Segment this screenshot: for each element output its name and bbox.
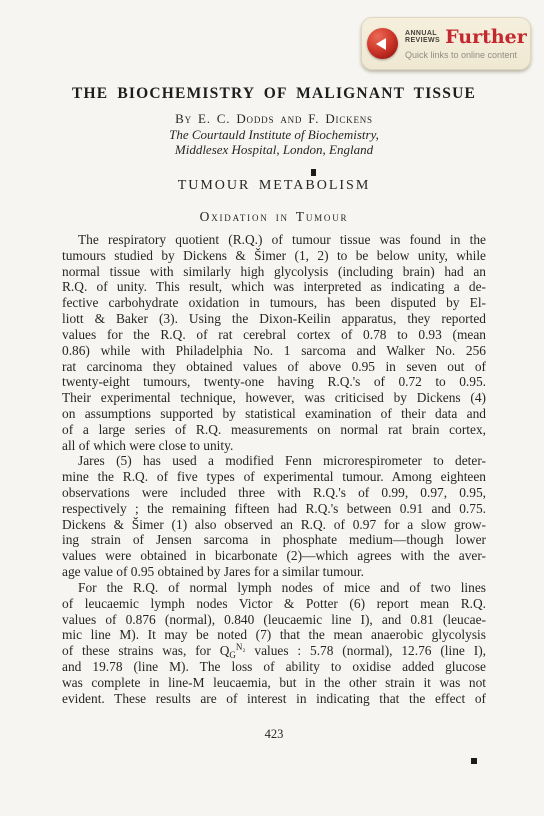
text-line: tumours studied by Dickens & Šimer (1, 2… [62, 248, 486, 264]
text-line: values were obtained in bicarbonate (2)—… [62, 548, 486, 564]
further-label: Further [445, 28, 527, 47]
text-line: respectively ; the remaining fifteen had… [62, 501, 486, 517]
text-line: twenty-eight tumours, twenty-one having … [62, 374, 486, 390]
page-number: 423 [62, 727, 486, 742]
text-line: 0.86) while with Philadelphia No. 1 sarc… [62, 343, 486, 359]
affiliation-line-2: Middlesex Hospital, London, England [62, 142, 486, 158]
annual-reviews-line2: REVIEWS [405, 37, 440, 45]
annual-reviews-line1: ANNUAL [405, 30, 440, 38]
text-line: liott & Baker (3). Using the Dixon-Keili… [62, 311, 486, 327]
text-line: of leucaemic lymph nodes Victor & Potter… [62, 596, 486, 612]
article-body: The respiratory quotient (R.Q.) of tumou… [62, 232, 486, 706]
text-line: mine the R.Q. of five types of experimen… [62, 469, 486, 485]
text-line: R.Q. of unity. This result, which was in… [62, 279, 486, 295]
ornament-square-top [311, 169, 316, 176]
badge-text-block: ANNUAL REVIEWS Further Quick links to on… [405, 28, 527, 60]
text-line: fective carbohydrate oxidation in tumour… [62, 295, 486, 311]
text-line: ing strain of Jensen sarcoma in phosphat… [62, 532, 486, 548]
badge-tagline: Quick links to online content [405, 50, 527, 60]
text-line: normal tissue with similarly high glycol… [62, 264, 486, 280]
affiliation-line-1: The Courtauld Institute of Biochemistry, [62, 127, 486, 143]
text-line: was complete in line-M leucaemia, but in… [62, 675, 486, 691]
text-line: of these strains was, for QGN₂ values : … [62, 643, 486, 659]
text-line: of a large series of R.Q. measurements o… [62, 422, 486, 438]
text-line: all of which were close to unity. [62, 438, 486, 454]
text-line: rat carcinoma they obtained values of ab… [62, 359, 486, 375]
text-line: and 19.78 (line M). The loss of ability … [62, 659, 486, 675]
ornament-square-bottom [471, 758, 477, 764]
text-line: Dickens & Šimer (1) also observed an R.Q… [62, 517, 486, 533]
text-line: observations were included three with R.… [62, 485, 486, 501]
text-line: mic line M). It may be noted (7) that th… [62, 627, 486, 643]
text-line: Their experimental technique, however, w… [62, 390, 486, 406]
further-link-icon[interactable] [367, 28, 398, 59]
text-line: values for the R.Q. of rat cerebral cort… [62, 327, 486, 343]
text-line: on assumptions supported by statistical … [62, 406, 486, 422]
text-line: Jares (5) has used a modified Fenn micro… [62, 453, 486, 469]
text-line: The respiratory quotient (R.Q.) of tumou… [62, 232, 486, 248]
text-line: values of 0.876 (normal), 0.840 (leucaem… [62, 612, 486, 628]
document-page: ANNUAL REVIEWS Further Quick links to on… [0, 0, 544, 816]
article-title: THE BIOCHEMISTRY OF MALIGNANT TISSUE [62, 85, 486, 103]
left-arrow-icon [376, 38, 386, 50]
annual-reviews-further-badge[interactable]: ANNUAL REVIEWS Further Quick links to on… [361, 17, 531, 70]
subsection-heading: Oxidation in Tumour [62, 209, 486, 225]
text-line: For the R.Q. of normal lymph nodes of mi… [62, 580, 486, 596]
annual-reviews-logo-text: ANNUAL REVIEWS [405, 30, 440, 45]
text-line: age value of 0.95 obtained by Jares for … [62, 564, 486, 580]
text-line: evident. These results are of interest i… [62, 691, 486, 707]
article-authors: By E. C. Dodds and F. Dickens [62, 111, 486, 127]
section-heading: TUMOUR METABOLISM [62, 178, 486, 194]
